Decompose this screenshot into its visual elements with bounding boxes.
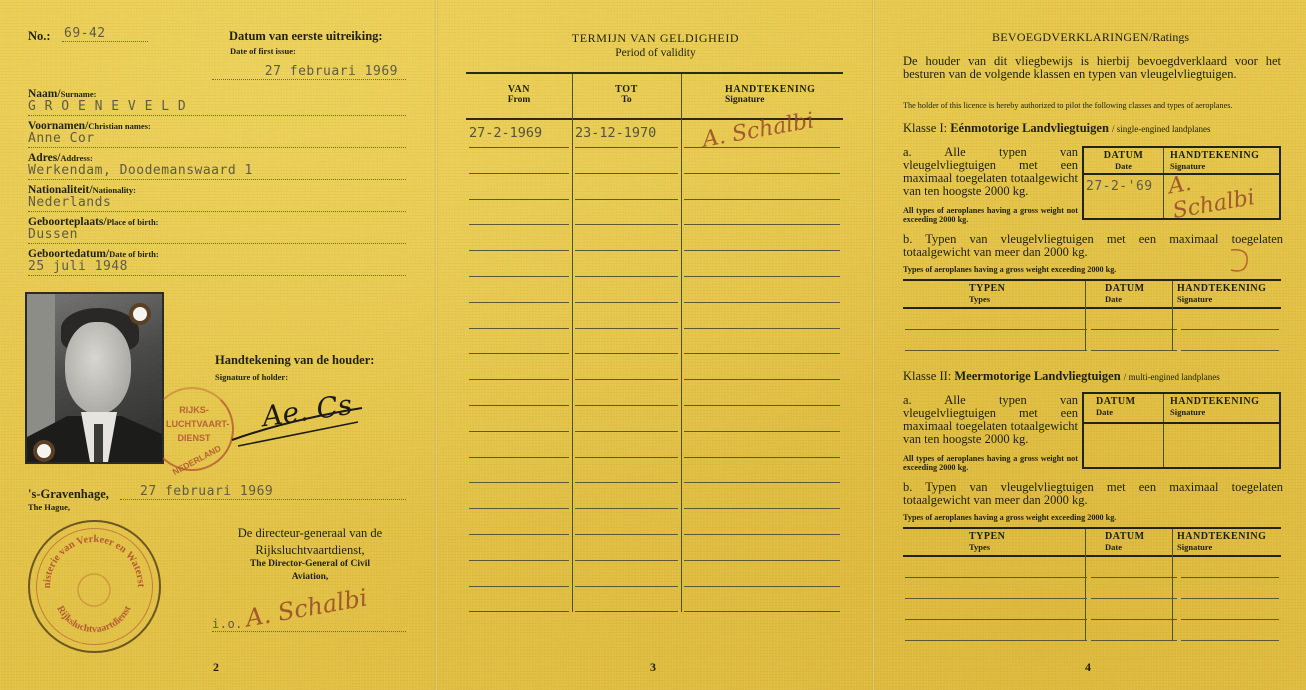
- col-label: DATUM: [1105, 283, 1171, 294]
- page-number: 3: [650, 660, 656, 675]
- table-cell: [469, 200, 569, 226]
- table-cell: [575, 354, 678, 380]
- holder-signature-label: Handtekening van de houder:: [215, 353, 374, 368]
- page-2-holder-details: No.: 69-42 Datum van eerste uitreiking: …: [0, 0, 436, 690]
- field-label-en: Place of birth:: [107, 217, 159, 227]
- table-cell: [1181, 330, 1279, 351]
- table-row: [466, 509, 843, 535]
- column-divider: [1085, 281, 1086, 351]
- table-cell: [684, 380, 840, 406]
- director-title-nl-2: Rijksluchtvaartdienst,: [210, 542, 410, 558]
- field-place-of-birth: Geboorteplaats/Place of birth: Dussen: [28, 216, 406, 248]
- first-issue-label-en: Date of first issue:: [230, 46, 296, 56]
- field-label-en: Nationality:: [93, 185, 136, 195]
- field-label-en: Christian names:: [88, 121, 151, 131]
- date-of-birth-value: 25 juli 1948: [28, 260, 406, 276]
- column-divider: [1172, 529, 1173, 641]
- table-cell: [1181, 599, 1279, 620]
- christian-names-value: Anne Cor: [28, 132, 406, 148]
- table-row: 27-2-1969 23-12-1970 A. Schalbi: [466, 120, 843, 148]
- class-2-a-date: [1084, 424, 1164, 467]
- director-title-en: The Director-General of Civil: [210, 558, 410, 571]
- table-row: [903, 578, 1281, 599]
- table-cell: [684, 277, 840, 303]
- col-label: HANDTEKENING: [725, 84, 843, 95]
- table-cell: [1181, 309, 1279, 330]
- table-row: [466, 406, 843, 432]
- ratings-title-en: Ratings: [1152, 30, 1189, 44]
- column-divider: [1085, 529, 1086, 641]
- class-1-heading: Klasse I: Eénmotorige Landvliegtuigen / …: [903, 122, 1303, 136]
- box-label: DATUM: [1096, 396, 1157, 407]
- ratings-intro: De houder van dit vliegbewijs is hierbij…: [903, 55, 1281, 81]
- table-row: [903, 309, 1281, 330]
- field-label-en: Surname:: [61, 89, 97, 99]
- table-cell: [1091, 620, 1177, 641]
- class-name: Eénmotorige Landvliegtuigen: [950, 121, 1109, 135]
- table-cell: [469, 483, 569, 509]
- table-cell: [575, 458, 678, 484]
- stamp-text: RIJKS-: [172, 403, 216, 417]
- table-cell: [575, 329, 678, 355]
- col-label: TYPEN: [969, 283, 1085, 294]
- table-cell: [684, 225, 840, 251]
- table-cell: [575, 432, 678, 458]
- box-label-en: Signature: [1170, 407, 1273, 417]
- table-row: [466, 277, 843, 303]
- table-cell: [469, 432, 569, 458]
- box-label: HANDTEKENING: [1170, 396, 1273, 407]
- address-value: Werkendam, Doodemanswaard 1: [28, 164, 406, 180]
- col-label: DATUM: [1105, 531, 1171, 542]
- director-title-nl: De directeur-generaal van de: [210, 525, 410, 542]
- class-name: Meermotorige Landvliegtuigen: [954, 369, 1120, 383]
- page-number: 4: [1085, 660, 1091, 675]
- director-title-en-2: Aviation,: [210, 571, 410, 584]
- table-cell: [684, 303, 840, 329]
- table-cell: [684, 458, 840, 484]
- cell-to: 23-12-1970: [575, 120, 678, 148]
- col-label-en: From: [466, 95, 572, 105]
- table-cell: [469, 587, 569, 613]
- box-label-en: Date: [1090, 161, 1157, 171]
- table-cell: [684, 251, 840, 277]
- table-row: [903, 599, 1281, 620]
- table-row: [466, 432, 843, 458]
- table-row: [466, 148, 843, 174]
- table-cell: [684, 174, 840, 200]
- table-cell: [575, 200, 678, 226]
- surname-value: G R O E N E V E L D: [28, 100, 406, 116]
- first-issue-date: 27 februari 1969: [212, 64, 406, 80]
- table-cell: [684, 406, 840, 432]
- class-2-b-text-en: Types of aeroplanes having a gross weigh…: [903, 513, 1283, 522]
- class-2-b-table: TYPENTypes DATUMDate HANDTEKENINGSignatu…: [903, 527, 1281, 641]
- col-label: VAN: [466, 84, 572, 95]
- place-label: 's-Gravenhage,: [28, 487, 109, 502]
- table-cell: [575, 535, 678, 561]
- licence-number-label: No.:: [28, 29, 51, 44]
- col-label: TOT: [572, 84, 681, 95]
- table-cell: [575, 509, 678, 535]
- class-label: Klasse II:: [903, 369, 951, 383]
- col-from: VANFrom: [466, 74, 572, 118]
- class-2-a-text-en: All types of aeroplanes having a gross w…: [903, 454, 1078, 472]
- svg-text:Ministerie van Verkeer en Wate: Ministerie van Verkeer en Waterstaat: [28, 520, 146, 588]
- table-row: [466, 251, 843, 277]
- field-surname: Naam/Surname: G R O E N E V E L D: [28, 88, 406, 120]
- page-4-ratings: BEVOEGDVERKLARINGEN/Ratings De houder va…: [875, 0, 1306, 690]
- table-cell: [684, 200, 840, 226]
- table-row: [466, 303, 843, 329]
- page-3-period-of-validity: TERMIJN VAN GELDIGHEID Period of validit…: [439, 0, 872, 690]
- col-label-en: Date: [1105, 542, 1171, 552]
- table-row: [466, 225, 843, 251]
- table-cell: [684, 535, 840, 561]
- table-cell: [684, 432, 840, 458]
- table-cell: [684, 587, 840, 613]
- table-cell: [1091, 330, 1177, 351]
- table-cell: [575, 587, 678, 613]
- col-label-en: Date: [1105, 294, 1171, 304]
- place-of-birth-value: Dussen: [28, 228, 406, 244]
- col-label-en: Signature: [1177, 542, 1281, 552]
- class-name-en: single-engined landplanes: [1117, 124, 1211, 134]
- place-label-en: The Hague,: [28, 502, 70, 512]
- rld-stamp-icon: RIJKS- LUCHTVAART- DIENST NEDERLAND: [150, 387, 234, 471]
- photo-grommet-icon: [33, 440, 55, 462]
- table-cell: [469, 561, 569, 587]
- table-cell: [469, 225, 569, 251]
- table-cell: [575, 174, 678, 200]
- red-mark-icon: [1223, 246, 1253, 276]
- field-label-en: Address:: [60, 153, 92, 163]
- table-cell: [469, 458, 569, 484]
- signature-flourish-icon: [228, 400, 368, 450]
- class-1-a-text: a. Alle typen van vleugelvliegtuigen met…: [903, 146, 1078, 198]
- table-cell: [469, 174, 569, 200]
- table-cell: [575, 380, 678, 406]
- table-cell: [905, 309, 1087, 330]
- field-label-en: Date of birth:: [109, 249, 159, 259]
- class-2-a-text: a. Alle typen van vleugelvliegtuigen met…: [903, 394, 1078, 446]
- col-label: HANDTEKENING: [1177, 531, 1281, 542]
- table-cell: [469, 148, 569, 174]
- class-1-a-box: DATUMDate HANDTEKENINGSignature 27-2-'69…: [1082, 146, 1281, 220]
- table-cell: [469, 251, 569, 277]
- field-nationality: Nationaliteit/Nationality: Nederlands: [28, 184, 406, 216]
- seal-text-top: Ministerie van Verkeer en Waterstaat: [28, 520, 146, 588]
- table-cell: [684, 483, 840, 509]
- place-date-value: 27 februari 1969: [120, 484, 406, 500]
- table-row: [903, 330, 1281, 351]
- table-cell: [1181, 620, 1279, 641]
- class-2-heading: Klasse II: Meermotorige Landvliegtuigen …: [903, 370, 1303, 384]
- table-row: [466, 380, 843, 406]
- column-divider: [572, 74, 573, 612]
- class-2-b-rows: [903, 557, 1281, 641]
- stamp-text: LUCHTVAART-: [166, 417, 216, 431]
- column-divider: [1172, 281, 1173, 351]
- validity-table-header: VANFrom TOTTo HANDTEKENINGSignature: [466, 74, 843, 118]
- table-cell: [469, 354, 569, 380]
- table-cell: [684, 329, 840, 355]
- class-1-a-text-en: All types of aeroplanes having a gross w…: [903, 206, 1078, 224]
- field-date-of-birth: Geboortedatum/Date of birth: 25 juli 194…: [28, 248, 406, 280]
- table-cell: [469, 406, 569, 432]
- col-signature: HANDTEKENINGSignature: [681, 74, 843, 118]
- table-row: [466, 458, 843, 484]
- class-1-a-date: 27-2-'69: [1084, 175, 1164, 218]
- table-row: [466, 535, 843, 561]
- table-cell: [575, 148, 678, 174]
- col-label-en: Types: [969, 542, 1085, 552]
- licence-number-value: 69-42: [62, 26, 148, 42]
- table-cell: [575, 303, 678, 329]
- svg-text:Rijksluchtvaartdienst: Rijksluchtvaartdienst: [54, 604, 133, 635]
- table-cell: [1091, 309, 1177, 330]
- ratings-intro-en: The holder of this licence is hereby aut…: [903, 101, 1281, 110]
- table-cell: [905, 557, 1087, 578]
- class-1-b-rows: [903, 309, 1281, 351]
- table-cell: [575, 277, 678, 303]
- table-cell: [684, 561, 840, 587]
- table-cell: [1091, 557, 1177, 578]
- stamp-text: DIENST: [172, 431, 216, 445]
- table-cell: [575, 225, 678, 251]
- class-label: Klasse I:: [903, 121, 947, 135]
- director-block: De directeur-generaal van de Rijksluchtv…: [210, 525, 410, 584]
- first-issue-label: Datum van eerste uitreiking:: [229, 29, 383, 44]
- column-divider: [681, 74, 682, 612]
- table-cell: [1181, 557, 1279, 578]
- col-label-en: Signature: [1177, 294, 1281, 304]
- validity-title: TERMIJN VAN GELDIGHEID: [439, 31, 872, 46]
- table-cell: [469, 509, 569, 535]
- table-cell: [575, 251, 678, 277]
- table-cell: [469, 277, 569, 303]
- table-row: [903, 557, 1281, 578]
- table-cell: [1091, 578, 1177, 599]
- class-2-a-box: DATUMDate HANDTEKENINGSignature: [1082, 392, 1281, 469]
- page-number: 2: [213, 660, 219, 675]
- nationality-value: Nederlands: [28, 196, 406, 212]
- table-cell: [575, 406, 678, 432]
- table-cell: [469, 380, 569, 406]
- box-label: DATUM: [1090, 150, 1157, 161]
- table-cell: [469, 329, 569, 355]
- class-2-b-text: b. Typen van vleugelvliegtuigen met een …: [903, 481, 1283, 507]
- table-cell: [1091, 599, 1177, 620]
- table-row: [466, 354, 843, 380]
- col-label-en: Types: [969, 294, 1085, 304]
- cell-signature: A. Schalbi: [684, 120, 840, 148]
- field-christian-names: Voornamen/Christian names: Anne Cor: [28, 120, 406, 152]
- col-label-en: To: [572, 95, 681, 105]
- holder-signature-label-en: Signature of holder:: [215, 372, 288, 382]
- table-cell: [905, 330, 1087, 351]
- class-1-a-signature-cell: A. Schalbi: [1164, 175, 1279, 218]
- validity-table: VANFrom TOTTo HANDTEKENINGSignature 27-2…: [466, 72, 843, 612]
- table-row: [466, 329, 843, 355]
- table-cell: [684, 148, 840, 174]
- table-row: [466, 200, 843, 226]
- class-1-b-table: TYPENTypes DATUMDate HANDTEKENINGSignatu…: [903, 279, 1281, 351]
- table-cell: [575, 483, 678, 509]
- cell-from: 27-2-1969: [469, 120, 569, 148]
- table-cell: [905, 620, 1087, 641]
- class-name-en: multi-engined landplanes: [1129, 372, 1220, 382]
- box-label-en: Date: [1096, 407, 1157, 417]
- licence-booklet-spread: No.: 69-42 Datum van eerste uitreiking: …: [0, 0, 1306, 690]
- table-cell: [469, 303, 569, 329]
- table-row: [466, 587, 843, 613]
- field-address: Adres/Address: Werkendam, Doodemanswaard…: [28, 152, 406, 184]
- ratings-title-nl: BEVOEGDVERKLARINGEN: [992, 30, 1149, 44]
- validity-blank-rows: [466, 148, 843, 612]
- col-label-en: Signature: [725, 95, 843, 105]
- table-cell: [905, 599, 1087, 620]
- table-row: [466, 483, 843, 509]
- col-label: TYPEN: [969, 531, 1085, 542]
- ministry-seal-icon: Ministerie van Verkeer en Waterstaat Rij…: [28, 520, 161, 653]
- col-label: HANDTEKENING: [1177, 283, 1281, 294]
- table-cell: [575, 561, 678, 587]
- table-row: [466, 561, 843, 587]
- table-cell: [684, 354, 840, 380]
- table-cell: [905, 578, 1087, 599]
- seal-text-bottom: Rijksluchtvaartdienst: [54, 604, 133, 635]
- stamp-text: NEDERLAND: [171, 443, 223, 477]
- col-to: TOTTo: [572, 74, 681, 118]
- photo-grommet-icon: [129, 303, 151, 325]
- table-cell: [684, 509, 840, 535]
- table-row: [903, 620, 1281, 641]
- holder-fields: Naam/Surname: G R O E N E V E L D Voorna…: [28, 88, 406, 280]
- validity-subtitle: Period of validity: [439, 47, 872, 59]
- class-2-a-signature: [1164, 424, 1279, 467]
- table-cell: [1181, 578, 1279, 599]
- table-row: [466, 174, 843, 200]
- table-cell: [469, 535, 569, 561]
- ratings-title: BEVOEGDVERKLARINGEN/Ratings: [875, 30, 1306, 45]
